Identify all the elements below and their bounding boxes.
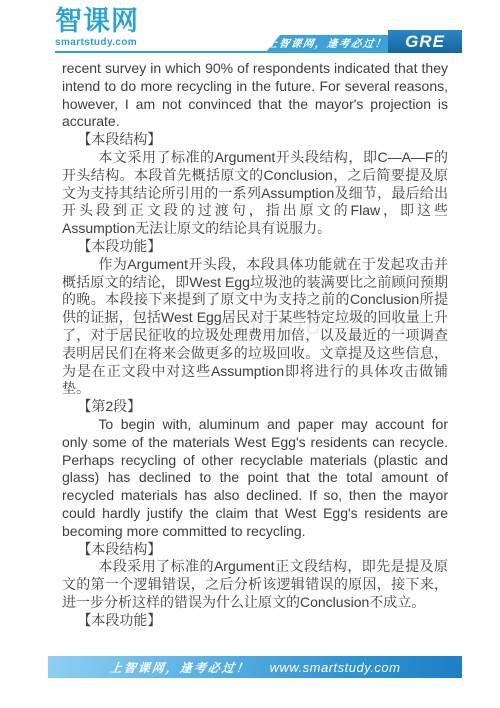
document-body: recent survey in which 90% of respondent…: [62, 60, 448, 630]
gre-badge: GRE: [388, 30, 462, 53]
logo-text: 智课网: [55, 8, 139, 35]
gre-badge-text: GRE: [405, 32, 445, 52]
smartstudy-logo[interactable]: 智课网 smartstudy.com: [55, 8, 139, 48]
paragraph-body-2-english: To begin with, aluminum and paper may ac…: [62, 416, 448, 541]
heading-paragraph-function-2: 【本段功能】: [62, 612, 448, 630]
logo-domain-text: smartstudy.com: [55, 38, 139, 48]
footer-site-link[interactable]: www.smartstudy.com: [270, 660, 401, 675]
paragraph-structure-analysis-2: 本段采用了标准的Argument正文段结构，即先是提及原文的第一个逻辑错误，之后…: [62, 558, 448, 611]
heading-paragraph-structure-1: 【本段结构】: [62, 131, 448, 149]
footer-bar: 上智课网，逢考必过！ www.smartstudy.com: [48, 656, 462, 678]
header-slogan-text: 上智课网，逢考必过！: [266, 36, 389, 51]
heading-paragraph-2: 【第2段】: [62, 398, 448, 416]
heading-paragraph-structure-2: 【本段结构】: [62, 541, 448, 559]
header-slogan-ribbon: 上智课网，逢考必过！: [266, 35, 388, 52]
document-page: 智课网 smartstudy.com 上智课网，逢考必过！ GRE recent…: [0, 0, 500, 708]
paragraph-structure-analysis-1: 本文采用了标准的Argument开头段结构，即C—A—F的开头结构。本段首先概括…: [62, 149, 448, 238]
paragraph-prompt-continuation: recent survey in which 90% of respondent…: [62, 60, 448, 131]
paragraph-function-analysis-1: 作为Argument开头段，本段具体功能就在于发起攻击并概括原文的结论，即Wes…: [62, 256, 448, 398]
footer-slogan-text: 上智课网，逢考必过！: [108, 659, 250, 676]
heading-paragraph-function-1: 【本段功能】: [62, 238, 448, 256]
